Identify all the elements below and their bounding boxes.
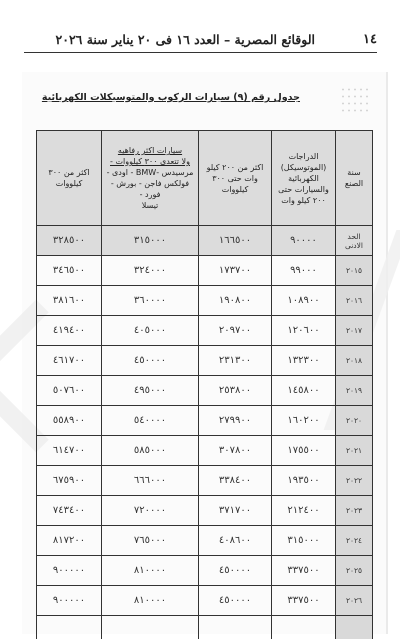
value-cell: ٤٩٥٠٠٠ — [102, 376, 199, 406]
luxury-line-4: فولكس فاجن - بورش - فورد - — [104, 178, 196, 200]
value-cell: ٢٥٣٨٠٠ — [199, 376, 272, 406]
table-row: ٢٠٢٦ ٣٣٧٥٠٠ ٤٥٠٠٠٠ ٨١٠٠٠٠ ٩٠٠٠٠٠ — [37, 586, 373, 616]
value-cell: ٧٢٠٠٠٠ — [102, 496, 199, 526]
value-cell: ١٦٠٢٠٠ — [272, 406, 336, 436]
value-cell — [272, 616, 336, 639]
year-cell: ٢٠١٧ — [336, 316, 373, 346]
table-row: ٢٠٢٠ ١٦٠٢٠٠ ٢٧٩٩٠٠ ٥٤٠٠٠٠ ٥٥٨٩٠٠ — [37, 406, 373, 436]
value-cell: ٥٤٠٠٠٠ — [102, 406, 199, 436]
value-cell: ٤٥٠٠٠٠ — [199, 556, 272, 586]
vehicle-rates-table: سنة الصنع الدراجات (الموتوسيكل) الكهربائ… — [36, 130, 373, 639]
table-row — [37, 616, 373, 639]
value-cell: ٦١٤٧٠٠ — [37, 436, 102, 466]
year-cell: الحد الادنى — [336, 226, 373, 256]
value-cell: ٣٨١٦٠٠ — [37, 286, 102, 316]
value-cell: ٧٤٣٤٠٠ — [37, 496, 102, 526]
page-header: ١٤ الوقائع المصرية – العدد ١٦ فى ٢٠ يناي… — [24, 30, 377, 53]
value-cell: ٦٧٥٩٠٠ — [37, 466, 102, 496]
year-cell: ٢٠١٦ — [336, 286, 373, 316]
value-cell: ٩٩٠٠٠ — [272, 256, 336, 286]
value-cell: ٧٦٥٠٠٠ — [102, 526, 199, 556]
value-cell: ١٣٢٣٠٠ — [272, 346, 336, 376]
publication-title: الوقائع المصرية – العدد ١٦ فى ٢٠ يناير س… — [56, 32, 315, 47]
value-cell: ٩٠٠٠٠٠ — [37, 556, 102, 586]
year-cell — [336, 616, 373, 639]
value-cell: ٢٠٩٧٠٠ — [199, 316, 272, 346]
value-cell: ٩٠٠٠٠ — [272, 226, 336, 256]
value-cell: ٣٠٧٨٠٠ — [199, 436, 272, 466]
page-number: ١٤ — [363, 32, 377, 47]
value-cell: ١٩٣٥٠٠ — [272, 466, 336, 496]
value-cell: ١٠٨٩٠٠ — [272, 286, 336, 316]
table-row: ٢٠١٧ ١٢٠٦٠٠ ٢٠٩٧٠٠ ٤٠٥٠٠٠ ٤١٩٤٠٠ — [37, 316, 373, 346]
year-cell: ٢٠١٥ — [336, 256, 373, 286]
year-cell: ٢٠٢٠ — [336, 406, 373, 436]
table-row: ٢٠٢٥ ٣٣٧٥٠٠ ٤٥٠٠٠٠ ٨١٠٠٠٠ ٩٠٠٠٠٠ — [37, 556, 373, 586]
column-header-over-300kw: اكثر من ٣٠٠ كيلووات — [37, 131, 102, 226]
table-row: ٢٠٢٢ ١٩٣٥٠٠ ٣٣٨٤٠٠ ٦٦٦٠٠٠ ٦٧٥٩٠٠ — [37, 466, 373, 496]
table-row-minimum: الحد الادنى ٩٠٠٠٠ ١٦٦٥٠٠ ٣١٥٠٠٠ ٣٢٨٥٠٠ — [37, 226, 373, 256]
table-row: ٢٠١٦ ١٠٨٩٠٠ ١٩٠٨٠٠ ٣٦٠٠٠٠ ٣٨١٦٠٠ — [37, 286, 373, 316]
luxury-line-1: سيارات اكثر رفاهيه — [104, 145, 196, 156]
luxury-line-2: ولا تتعدى ٣٠٠ كيلووات - — [104, 156, 196, 167]
scan-noise-dots — [340, 86, 370, 116]
value-cell: ١٩٠٨٠٠ — [199, 286, 272, 316]
value-cell: ٣٧١٧٠٠ — [199, 496, 272, 526]
value-cell — [199, 616, 272, 639]
value-cell: ٣٤٦٥٠٠ — [37, 256, 102, 286]
value-cell: ٣٣٨٤٠٠ — [199, 466, 272, 496]
year-cell: ٢٠٢١ — [336, 436, 373, 466]
table-row: ٢٠١٥ ٩٩٠٠٠ ١٧٣٧٠٠ ٣٢٤٠٠٠ ٣٤٦٥٠٠ — [37, 256, 373, 286]
value-cell: ٢٣١٣٠٠ — [199, 346, 272, 376]
year-cell: ٢٠٢٦ — [336, 586, 373, 616]
table-row: ٢٠٢٣ ٢١٢٤٠٠ ٣٧١٧٠٠ ٧٢٠٠٠٠ ٧٤٣٤٠٠ — [37, 496, 373, 526]
value-cell: ٤٠٥٠٠٠ — [102, 316, 199, 346]
year-cell: ٢٠١٩ — [336, 376, 373, 406]
table-row: ٢٠٢٤ ٣١٥٠٠٠ ٤٠٨٦٠٠ ٧٦٥٠٠٠ ٨١٧٢٠٠ — [37, 526, 373, 556]
luxury-line-3: مرسيدس -BMW - اودى - — [104, 167, 196, 178]
value-cell: ٩٠٠٠٠٠ — [37, 586, 102, 616]
value-cell: ٢٧٩٩٠٠ — [199, 406, 272, 436]
table-title: جدول رقم (٩) سيارات الركوب والمتوسيكلات … — [100, 92, 300, 103]
table-row: ٢٠١٨ ١٣٢٣٠٠ ٢٣١٣٠٠ ٤٥٠٠٠٠ ٤٦١٧٠٠ — [37, 346, 373, 376]
luxury-line-5: تيسلا — [104, 200, 196, 211]
value-cell: ٣٣٧٥٠٠ — [272, 556, 336, 586]
year-cell: ٢٠٢٣ — [336, 496, 373, 526]
value-cell: ٣٣٧٥٠٠ — [272, 586, 336, 616]
column-header-upto-200kw: الدراجات (الموتوسيكل) الكهربائية والسيار… — [272, 131, 336, 226]
value-cell: ١٦٦٥٠٠ — [199, 226, 272, 256]
value-cell: ٣٢٨٥٠٠ — [37, 226, 102, 256]
value-cell: ٦٦٦٠٠٠ — [102, 466, 199, 496]
year-cell: ٢٠١٨ — [336, 346, 373, 376]
value-cell: ١٤٥٨٠٠ — [272, 376, 336, 406]
value-cell: ٤٥٠٠٠٠ — [199, 586, 272, 616]
value-cell: ١٧٣٧٠٠ — [199, 256, 272, 286]
value-cell: ٤١٩٤٠٠ — [37, 316, 102, 346]
value-cell: ٤٠٨٦٠٠ — [199, 526, 272, 556]
value-cell: ٣١٥٠٠٠ — [102, 226, 199, 256]
value-cell: ٤٦١٧٠٠ — [37, 346, 102, 376]
value-cell: ٣٢٤٠٠٠ — [102, 256, 199, 286]
value-cell: ٣١٥٠٠٠ — [272, 526, 336, 556]
year-cell: ٢٠٢٤ — [336, 526, 373, 556]
value-cell: ٨١٠٠٠٠ — [102, 556, 199, 586]
value-cell: ١٢٠٦٠٠ — [272, 316, 336, 346]
column-header-year: سنة الصنع — [336, 131, 373, 226]
table-row: ٢٠٢١ ١٧٥٥٠٠ ٣٠٧٨٠٠ ٥٨٥٠٠٠ ٦١٤٧٠٠ — [37, 436, 373, 466]
value-cell: ٥٥٨٩٠٠ — [37, 406, 102, 436]
year-cell: ٢٠٢٢ — [336, 466, 373, 496]
column-header-200-300kw: اكثر من ٢٠٠ كيلو وات حتى ٣٠٠ كيلووات — [199, 131, 272, 226]
table-row: ٢٠١٩ ١٤٥٨٠٠ ٢٥٣٨٠٠ ٤٩٥٠٠٠ ٥٠٧٦٠٠ — [37, 376, 373, 406]
year-cell: ٢٠٢٥ — [336, 556, 373, 586]
column-header-luxury: سيارات اكثر رفاهيه ولا تتعدى ٣٠٠ كيلووات… — [102, 131, 199, 226]
table-header-row: سنة الصنع الدراجات (الموتوسيكل) الكهربائ… — [37, 131, 373, 226]
value-cell: ٤٥٠٠٠٠ — [102, 346, 199, 376]
value-cell: ٢١٢٤٠٠ — [272, 496, 336, 526]
value-cell: ٥٠٧٦٠٠ — [37, 376, 102, 406]
value-cell: ١٧٥٥٠٠ — [272, 436, 336, 466]
value-cell: ٨١٧٢٠٠ — [37, 526, 102, 556]
value-cell — [37, 616, 102, 639]
value-cell: ٨١٠٠٠٠ — [102, 586, 199, 616]
value-cell — [102, 616, 199, 639]
value-cell: ٥٨٥٠٠٠ — [102, 436, 199, 466]
value-cell: ٣٦٠٠٠٠ — [102, 286, 199, 316]
